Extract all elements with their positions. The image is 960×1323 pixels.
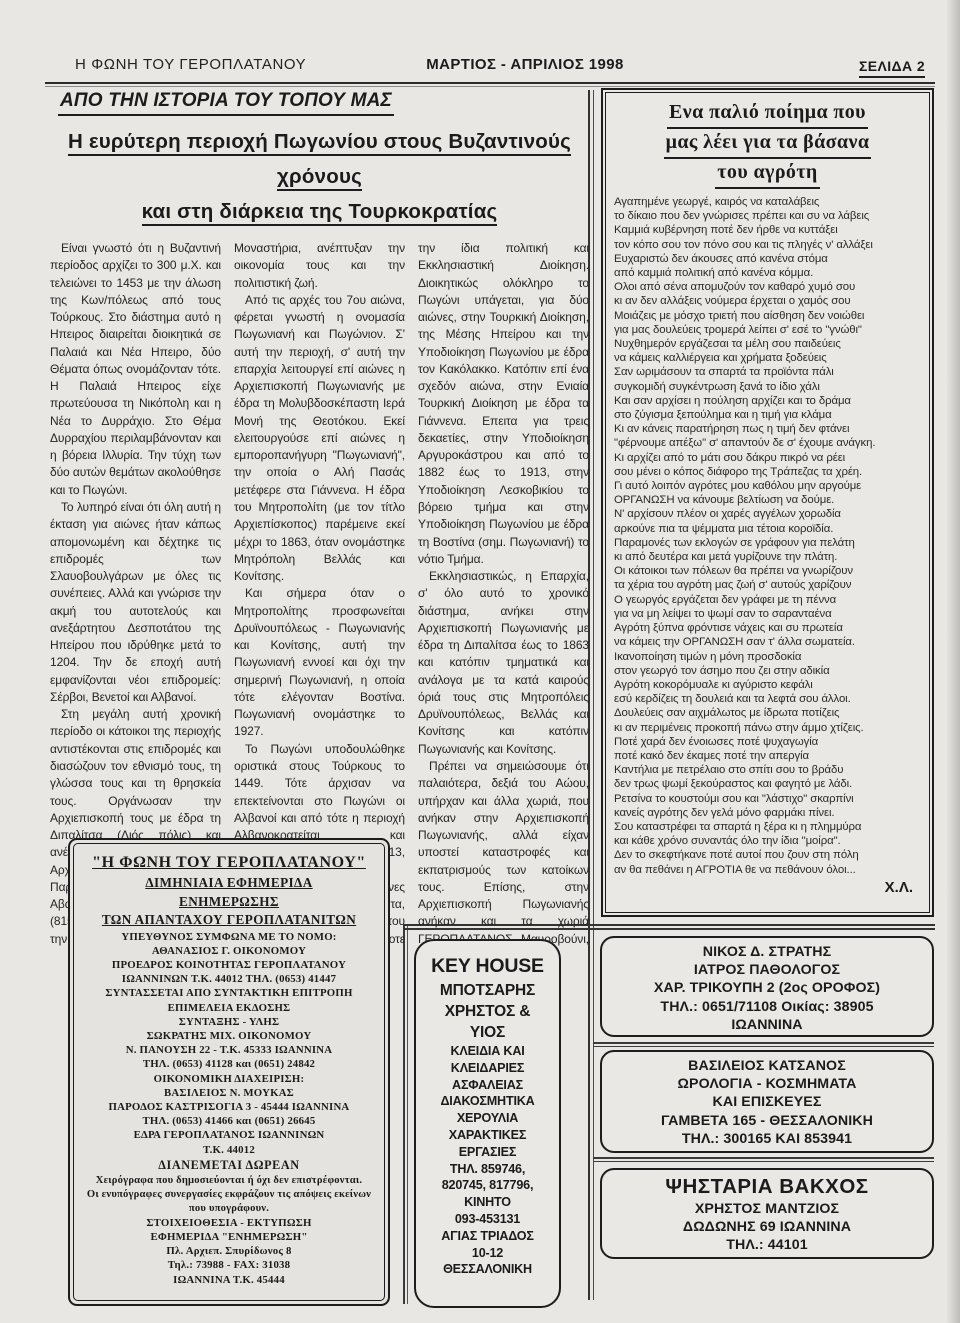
poem-title-line: μας λέει για τα βάσανα — [664, 129, 872, 159]
keyhouse-ad-line: ΑΣΦΑΛΕΙΑΣ — [418, 1077, 557, 1094]
katsanos-watches-ad: ΒΑΣΙΛΕΙΟΣ ΚΑΤΣΑΝΟΣΩΡΟΛΟΓΙΑ - ΚΟΣΜΗΜΑΤΑΚΑ… — [600, 1050, 934, 1153]
masthead-box: "Η ΦΩΝΗ ΤΟΥ ΓΕΡΟΠΛΑΤΑΝΟΥ"ΔΙΜΗΝΙΑΙΑ ΕΦΗΜΕ… — [68, 838, 390, 1306]
masthead-line: ΣΥΝΤΑΣΣΕΤΑΙ ΑΠΟ ΣΥΝΤΑΚΤΙΚΗ ΕΠΙΤΡΟΠΗ — [80, 986, 378, 1000]
poem-line: Ποτέ χαρά δεν ένοιωσες ποτέ ψυχαγωγία — [614, 735, 921, 749]
poem-line: για να μη λείψει το ψωμί σαν το σαρανταέ… — [614, 607, 921, 621]
keyhouse-ad-line: ΤΗΛ. 859746, — [418, 1161, 557, 1178]
poem-line: ΟΡΓΑΝΩΣΗ να κάνουμε βελτίωση να δούμε. — [614, 493, 921, 507]
article-paragraph: Από τις αρχές του 7ου αιώνα, φέρεται γνω… — [234, 292, 405, 586]
poem-line: συγκομιδή συγκέντρωση ξανά το ίδιο χάλι — [614, 380, 921, 394]
katsanos-ad-line: ΤΗΛ.: 300165 ΚΑΙ 853941 — [602, 1130, 932, 1148]
poem-line: σου μένει ο κόπος διάφορο της Τράπεζας τ… — [614, 465, 921, 479]
keyhouse-ad-line: ΚΛΕΙΔΙΑ ΚΑΙ — [418, 1043, 557, 1060]
article-title-line1: Η ευρύτερη περιοχή Πωγωνίου στους Βυζαντ… — [68, 130, 571, 191]
article-paragraph: Εκκλησιαστικώς, η Επαρχία, σ' όλο αυτό τ… — [418, 568, 589, 758]
masthead-line: Τ.Κ. 44012 — [80, 1143, 378, 1157]
poem-line: Οι κάτοικοι των πόλεων θα πρέπει να γνωρ… — [614, 564, 921, 578]
issue-date: ΜΑΡΤΙΟΣ - ΑΠΡΙΛΙΟΣ 1998 — [375, 56, 675, 73]
poem-line: Γι αυτό λοιπόν αγρότες μου καθόλου μην α… — [614, 479, 921, 493]
masthead-line: Τηλ.: 73988 - FAX: 31038 — [80, 1258, 378, 1272]
poem-line: το δίκαιο που δεν γνώρισες πρέπει και συ… — [614, 209, 921, 223]
masthead-line: ΕΦΗΜΕΡΙΔΑ "ΕΝΗΜΕΡΩΣΗ" — [80, 1230, 378, 1244]
poem-line: και κάθε χρόνο συναντάς όλο την ίδια "μο… — [614, 834, 921, 848]
keyhouse-ad-line: ΜΠΟΤΣΑΡΗΣ — [418, 980, 557, 1001]
keyhouse-ad-line: KEY HOUSE — [418, 953, 557, 980]
poem-line: Κι αν κάνεις παρατήρηση πως η τιμή δεν φ… — [614, 422, 921, 436]
stratis-doctor-ad: ΝΙΚΟΣ Δ. ΣΤΡΑΤΗΣΙΑΤΡΟΣ ΠΑΘΟΛΟΓΟΣΧΑΡ. ΤΡΙ… — [600, 936, 934, 1037]
poem-line: Ο γεωργός εργάζεται δεν γράφει με τη πέν… — [614, 593, 921, 607]
vakxos-grill-ad: ΨΗΣΤΑΡΙΑ ΒΑΚΧΟΣΧΡΗΣΤΟΣ ΜΑΝΤΖΙΟΣΔΩΔΩΝΗΣ 6… — [600, 1168, 934, 1259]
poem-line: Ολοι από σένα απομυζούν τον καθαρό χυμό … — [614, 280, 921, 294]
keyhouse-ad-line: ΧΑΡΑΚΤΙΚΕΣ — [418, 1127, 557, 1144]
poem-line: Νυχθημερόν εργάζεσαι τα μέλη σου παιδεύε… — [614, 337, 921, 351]
poem-line: εσύ κερδίζεις τη δουλειά και τα λεφτά σο… — [614, 692, 921, 706]
poem-line: στο ζύγισμα ξεπούλημα και η τιμή για κλά… — [614, 408, 921, 422]
poem-line: Ν' αρχίσουν πλέον οι χαρές αγγέλων χορωδ… — [614, 507, 921, 521]
poem-line: δεν τρως ψωμί ξεκούραστος και φαγητό με … — [614, 777, 921, 791]
poem-line: Παραμονές των εκλογών σε γράφουν για πελ… — [614, 536, 921, 550]
masthead-line: ΕΝΗΜΕΡΩΣΗΣ — [80, 893, 378, 912]
masthead-line: ΠΑΡΟΔΟΣ ΚΑΣΤΡΙΣΟΓΙΑ 3 - 45444 ΙΩΑΝΝΙΝΑ — [80, 1100, 378, 1114]
keyhouse-ad-line: 093-453131 — [418, 1211, 557, 1228]
masthead-line: Οι ενυπόγραφες συνεργασίες εκφράζουν τις… — [80, 1188, 378, 1216]
masthead-line: ΤΩΝ ΑΠΑΝΤΑΧΟΥ ΓΕΡΟΠΛΑΤΑΝΙΤΩΝ — [80, 911, 378, 930]
poem-line: κι αν περιμένεις προκοπή πάνω στην άμμο … — [614, 721, 921, 735]
article-paragraph: Το λυπηρό είναι ότι όλη αυτή η έκταση γι… — [50, 499, 221, 706]
vakxos-ad-line: ΨΗΣΤΑΡΙΑ ΒΑΚΧΟΣ — [602, 1173, 932, 1200]
article-kicker: ΑΠΟ ΤΗΝ ΙΣΤΟΡΙΑ ΤΟΥ ΤΟΠΟΥ ΜΑΣ — [58, 90, 394, 116]
poem-line: Δουλεύεις σαν αιχμάλωτος με ίδρωτα ποτίζ… — [614, 706, 921, 720]
masthead-line: ΠΡΟΕΔΡΟΣ ΚΟΙΝΟΤΗΤΑΣ ΓΕΡΟΠΛΑΤΑΝΟΥ — [80, 958, 378, 972]
poem-title-line: Ενα παλιό ποίημα που — [667, 99, 868, 129]
poem-line: Ευχαριστώ δεν άκουσες από κανένα στόμα — [614, 252, 921, 266]
poem-line: Καντήλια με πετρέλαιο στο σπίτι σου το β… — [614, 763, 921, 777]
poem-line: Κι αρχίζει από το μάτι σου δάκρυ πικρό ν… — [614, 451, 921, 465]
keyhouse-ad-line: ΑΓΙΑΣ ΤΡΙΑΔΟΣ — [418, 1228, 557, 1245]
masthead-line: ΕΔΡΑ ΓΕΡΟΠΛΑΤΑΝΟΣ ΙΩΑΝΝΙΝΩΝ — [80, 1128, 378, 1142]
katsanos-ad-line: ΒΑΣΙΛΕΙΟΣ ΚΑΤΣΑΝΟΣ — [602, 1057, 932, 1075]
poem-line: ποτέ κακό δεν έκαμες ποτέ την απεργία — [614, 749, 921, 763]
masthead-line: ΙΩΑΝΝΙΝΑ Τ.Κ. 45444 — [80, 1273, 378, 1287]
vakxos-ad-line: ΔΩΔΩΝΗΣ 69 ΙΩΑΝΝΙΝΑ — [602, 1218, 932, 1236]
poem-title-line: του αγρότη — [715, 159, 819, 189]
poem-inner-frame: Ενα παλιό ποίημα πουμας λέει για τα βάσα… — [605, 92, 930, 913]
masthead-line: Ν. ΠΑΝΟΥΣΗ 22 - Τ.Κ. 45333 ΙΩΑΝΝΙΝΑ — [80, 1043, 378, 1057]
poem-signature: Χ.Λ. — [614, 879, 921, 896]
masthead-line: ΑΘΑΝΑΣΙΟΣ Γ. ΟΙΚΟΝΟΜΟΥ — [80, 944, 378, 958]
history-article: ΑΠΟ ΤΗΝ ΙΣΤΟΡΙΑ ΤΟΥ ΤΟΠΟΥ ΜΑΣ Η ευρύτερη… — [50, 90, 589, 960]
keyhouse-ad-line: ΚΙΝΗΤΟ — [418, 1194, 557, 1211]
article-paragraph: Είναι γνωστό ότι η Βυζαντινή περίοδος αρ… — [50, 240, 221, 499]
masthead-line: ΤΗΛ. (0653) 41128 και (0651) 24842 — [80, 1057, 378, 1071]
masthead-line: ΙΩΑΝΝΙΝΩΝ Τ.Κ. 44012 ΤΗΛ. (0653) 41447 — [80, 972, 378, 986]
poem-title: Ενα παλιό ποίημα πουμας λέει για τα βάσα… — [614, 99, 921, 189]
poem-line: Σαν ωριμάσουν τα σπαρτά τα προϊόντα πάλι — [614, 365, 921, 379]
poem-line: από καμμιά πολιτική από κανένα κόμμα. — [614, 266, 921, 280]
article-title-line2: και στη διάρκεια της Τουρκοκρατίας — [142, 200, 498, 226]
stratis-ad-line: ΙΩΑΝΝΙΝΑ — [602, 1016, 932, 1034]
keyhouse-ad-line: 10-12 — [418, 1245, 557, 1262]
keyhouse-ad-line: ΘΕΣΣΑΛΟΝΙΚΗ — [418, 1261, 557, 1278]
vakxos-ad-line: ΤΗΛ.: 44101 — [602, 1236, 932, 1254]
katsanos-ad-line: ΩΡΟΛΟΓΙΑ - ΚΟΣΜΗΜΑΤΑ — [602, 1075, 932, 1093]
poem-line: "φέρνουμε απέξω" σ' απαντούν δε σ' έχουμ… — [614, 436, 921, 450]
masthead-line: ΔΙΜΗΝΙΑΙΑ ΕΦΗΜΕΡΙΔΑ — [80, 874, 378, 893]
poem-line: Αγαπημένε γεωργέ, καιρός να καταλάβεις — [614, 195, 921, 209]
poem-line: να κάμεις καλλιέργεια και χρήματα ξοδεύε… — [614, 351, 921, 365]
stratis-ad-line: ΝΙΚΟΣ Δ. ΣΤΡΑΤΗΣ — [602, 943, 932, 961]
ad-separator-1 — [593, 1042, 934, 1047]
masthead-inner-frame: "Η ΦΩΝΗ ΤΟΥ ΓΕΡΟΠΛΑΤΑΝΟΥ"ΔΙΜΗΝΙΑΙΑ ΕΦΗΜΕ… — [73, 843, 385, 1301]
header-rule — [45, 82, 935, 84]
masthead-line: ΒΑΣΙΛΕΙΟΣ Ν. ΜΟΥΚΑΣ — [80, 1086, 378, 1100]
masthead-line: ΣΥΝΤΑΞΗΣ - ΥΛΗΣ — [80, 1015, 378, 1029]
keyhouse-ad: KEY HOUSEΜΠΟΤΣΑΡΗΣΧΡΗΣΤΟΣ &ΥΙΟΣΚΛΕΙΔΙΑ Κ… — [414, 939, 561, 1308]
newspaper-page: Η ΦΩΝΗ ΤΟΥ ΓΕΡΟΠΛΑΤΑΝΟΥ ΜΑΡΤΙΟΣ - ΑΠΡΙΛΙ… — [0, 0, 960, 1323]
page-number: ΣΕΛΙΔΑ 2 — [859, 58, 925, 78]
masthead-line: ΥΠΕΥΘΥΝΟΣ ΣΥΜΦΩΝΑ ΜΕ ΤΟ ΝΟΜΟ: — [80, 930, 378, 944]
poem-line: κι αν δεν αλλάξεις νούμερα έρχεται ο χαμ… — [614, 294, 921, 308]
keyhouse-ad-line: ΕΡΓΑΣΙΕΣ — [418, 1144, 557, 1161]
masthead-line: ΣΩΚΡΑΤΗΣ ΜΙΧ. ΟΙΚΟΝΟΜΟΥ — [80, 1029, 378, 1043]
poem-body: Αγαπημένε γεωργέ, καιρός να καταλάβειςτο… — [614, 195, 921, 877]
newspaper-name: Η ΦΩΝΗ ΤΟΥ ΓΕΡΟΠΛΑΤΑΝΟΥ — [75, 56, 306, 73]
stratis-ad-line: ΤΗΛ.: 0651/71108 Οικίας: 38905 — [602, 998, 932, 1016]
poem-box: Ενα παλιό ποίημα πουμας λέει για τα βάσα… — [601, 88, 934, 917]
stratis-ad-line: ΙΑΤΡΟΣ ΠΑΘΟΛΟΓΟΣ — [602, 961, 932, 979]
poem-line: Καμμιά κυβέρνηση ποτέ δεν ήρθε να κυττάξ… — [614, 223, 921, 237]
poem-line: Σου καταστρέφει τα σπαρτά η ξέρα κι η πλ… — [614, 820, 921, 834]
poem-line: Αγρότη κοκορόμυαλε κι αγύριστο κεφάλι — [614, 678, 921, 692]
vertical-divider-bottom-left — [403, 926, 408, 1304]
stratis-ad-line: ΧΑΡ. ΤΡΙΚΟΥΠΗ 2 (2ος ΟΡΟΦΟΣ) — [602, 979, 932, 997]
page-header: Η ΦΩΝΗ ΤΟΥ ΓΕΡΟΠΛΑΤΑΝΟΥ ΜΑΡΤΙΟΣ - ΑΠΡΙΛΙ… — [75, 56, 925, 78]
keyhouse-ad-line: ΧΡΗΣΤΟΣ & — [418, 1001, 557, 1022]
masthead-line: ΟΙΚΟΝΟΜΙΚΗ ΔΙΑΧΕΙΡΙΣΗ: — [80, 1072, 378, 1086]
poem-line: κανείς αγρότης δεν γελά μόνο φαρμάκι πίν… — [614, 806, 921, 820]
masthead-line: ΔΙΑΝΕΜΕΤΑΙ ΔΩΡΕΑΝ — [80, 1157, 378, 1174]
katsanos-ad-line: ΚΑΙ ΕΠΙΣΚΕΥΕΣ — [602, 1093, 932, 1111]
poem-line: Ρετσίνα το κουστούμι σου και "λάστιχο" σ… — [614, 792, 921, 806]
masthead-line: Χειρόγραφα που δημοσιεύονται ή όχι δεν ε… — [80, 1174, 378, 1188]
masthead-line: ΕΠΙΜΕΛΕΙΑ ΕΚΔΟΣΗΣ — [80, 1001, 378, 1015]
poem-line: κι από δευτέρα και μετά γυρίζουνε την πλ… — [614, 550, 921, 564]
keyhouse-ad-line: ΧΕΡΟΥΛΙΑ — [418, 1110, 557, 1127]
masthead-line: "Η ΦΩΝΗ ΤΟΥ ΓΕΡΟΠΛΑΤΑΝΟΥ" — [80, 851, 378, 874]
katsanos-ad-line: ΓΑΜΒΕΤΑ 165 - ΘΕΣΣΑΛΟΝΙΚΗ — [602, 1112, 932, 1130]
poem-line: αν θα πεθάνει η ΑΓΡΟΤΙΑ θε να πεθάνουν ό… — [614, 863, 921, 877]
article-paragraph: Και σήμερα όταν ο Μητροπολίτης προσφωνεί… — [234, 585, 405, 740]
poem-line: για μας δουλεύεις τρομερά λείπει σ' εσέ … — [614, 323, 921, 337]
poem-line: Και σαν αρχίσει η πούληση αρχίζει και το… — [614, 394, 921, 408]
masthead-line: ΤΗΛ. (0653) 41466 και (0651) 26645 — [80, 1114, 378, 1128]
poem-line: αρκούνε πια τα ψέμματα μια τέτοια κοροϊδ… — [614, 522, 921, 536]
poem-line: Ικανοποίηση τιμών η μόνη προσδοκία — [614, 650, 921, 664]
keyhouse-ad-line: 820745, 817796, — [418, 1177, 557, 1194]
poem-line: τα χέρια του αγρότη μας ζωή σ' αυτούς χα… — [614, 578, 921, 592]
poem-line: στον γεωργό τον άσημο που ζει στην αδικί… — [614, 664, 921, 678]
poem-line: τον κόπο σου τον πόνο σου και τις πληγές… — [614, 238, 921, 252]
vakxos-ad-line: ΧΡΗΣΤΟΣ ΜΑΝΤΖΙΟΣ — [602, 1200, 932, 1218]
poem-line: Δεν το σκεφτήκανε ποτέ αυτοί που ζουν στ… — [614, 848, 921, 862]
ad-separator-2 — [593, 1157, 934, 1162]
poem-line: Μοιάζεις με μόσχο τριετή που αίσθηση δεν… — [614, 309, 921, 323]
keyhouse-ad-line: ΔΙΑΚΟΣΜΗΤΙΚΑ — [418, 1093, 557, 1110]
masthead-line: ΣΤΟΙΧΕΙΟΘΕΣΙΑ - ΕΚΤΥΠΩΣΗ — [80, 1216, 378, 1230]
poem-line: να κάμεις την ΟΡΓΑΝΩΣΗ σαν τ' άλλα σωματ… — [614, 635, 921, 649]
keyhouse-ad-line: ΚΛΕΙΔΑΡΙΕΣ — [418, 1060, 557, 1077]
masthead-line: Πλ. Αρχιεπ. Σπυρίδωνος 8 — [80, 1244, 378, 1258]
poem-line: Αγρότη ξύπνα φρόντισε νάχεις και συ πρωτ… — [614, 621, 921, 635]
article-title: Η ευρύτερη περιοχή Πωγωνίου στους Βυζαντ… — [50, 124, 589, 229]
keyhouse-ad-line: ΥΙΟΣ — [418, 1022, 557, 1043]
header-rule-shadow — [45, 86, 935, 87]
